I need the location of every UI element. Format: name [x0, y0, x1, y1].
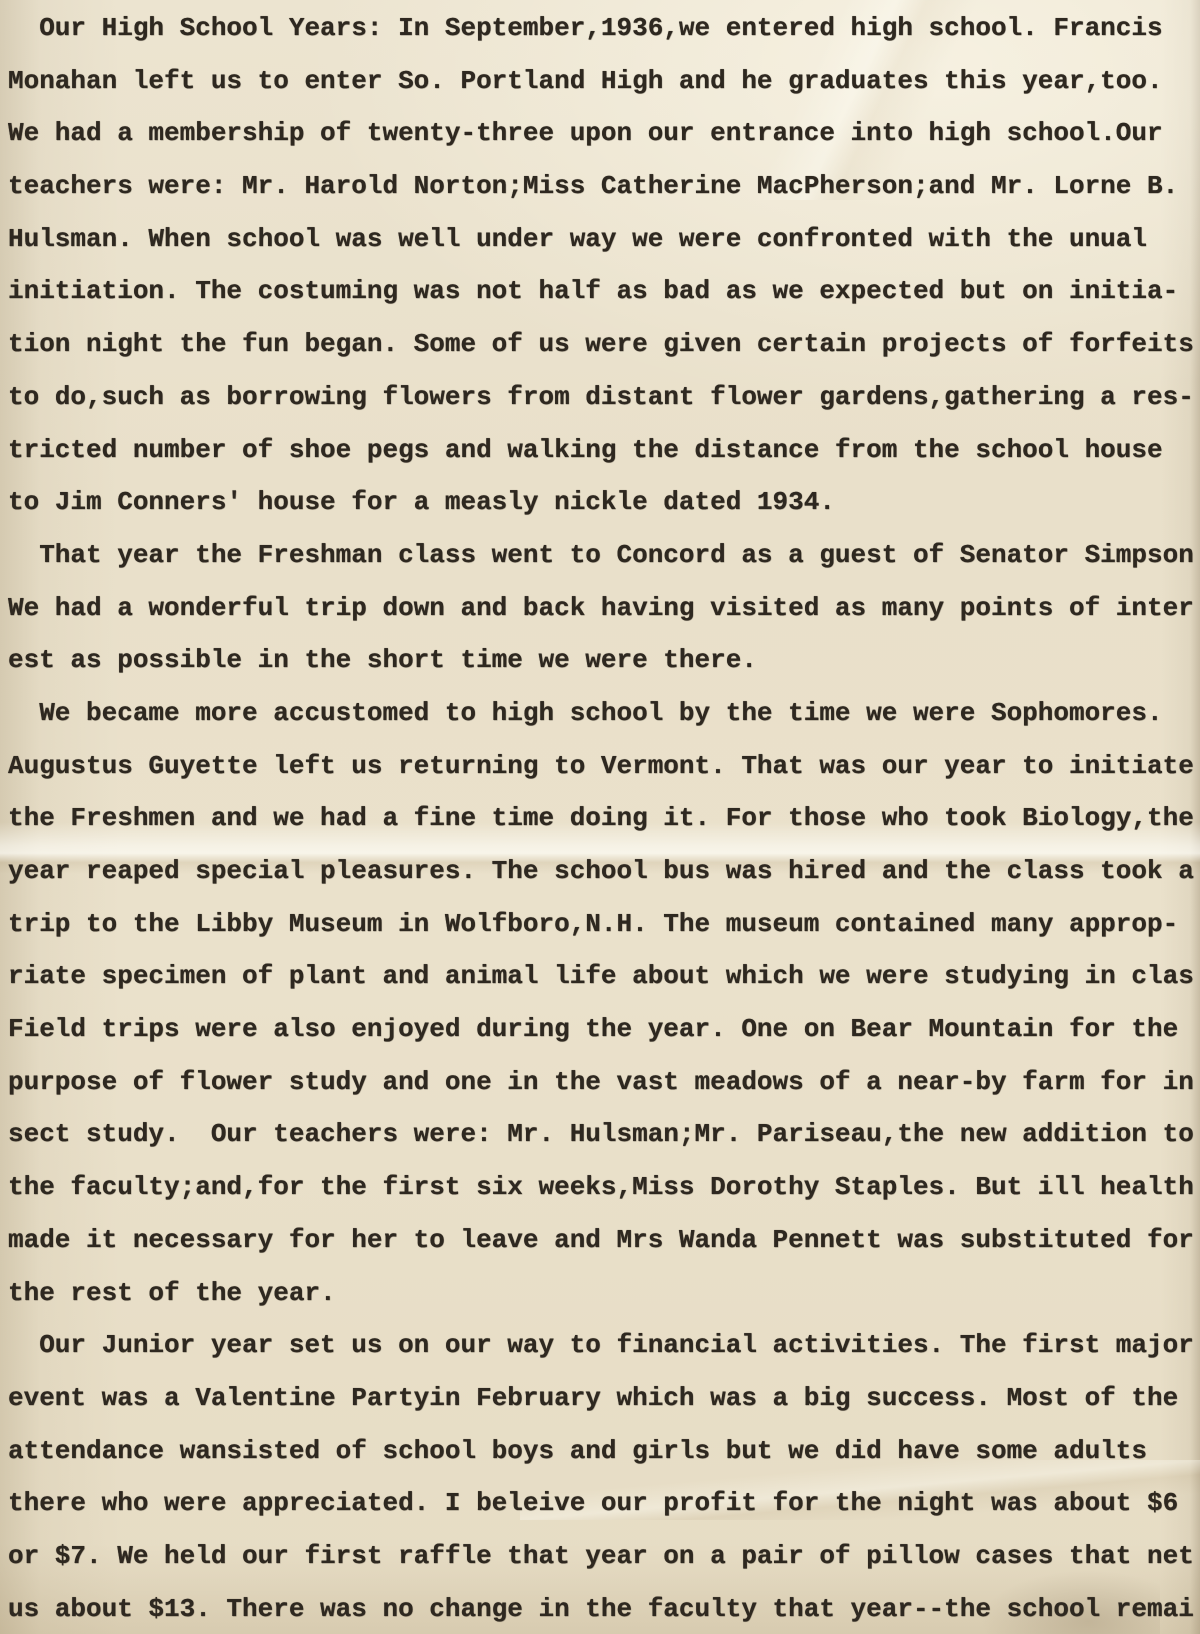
text-line: to do,such as borrowing flowers from dis…: [8, 371, 1200, 424]
text-line: there who were appreciated. I beleive ou…: [8, 1477, 1200, 1530]
text-line: Hulsman. When school was well under way …: [8, 213, 1200, 266]
text-line: sect study. Our teachers were: Mr. Hulsm…: [8, 1108, 1200, 1161]
text-line: tricted number of shoe pegs and walking …: [8, 424, 1200, 477]
text-line: year reaped special pleasures. The schoo…: [8, 845, 1200, 898]
text-line: initiation. The costuming was not half a…: [8, 265, 1200, 318]
text-line: trip to the Libby Museum in Wolfboro,N.H…: [8, 898, 1200, 951]
text-line: or $7. We held our first raffle that yea…: [8, 1530, 1200, 1583]
text-line: Field trips were also enjoyed during the…: [8, 1003, 1200, 1056]
text-line: That year the Freshman class went to Con…: [8, 529, 1200, 582]
text-line: riate specimen of plant and animal life …: [8, 950, 1200, 1003]
text-line: made it necessary for her to leave and M…: [8, 1214, 1200, 1267]
text-line: Augustus Guyette left us returning to Ve…: [8, 740, 1200, 793]
text-line: the rest of the year.: [8, 1267, 1200, 1320]
text-line: event was a Valentine Partyin February w…: [8, 1372, 1200, 1425]
text-line: We had a membership of twenty-three upon…: [8, 107, 1200, 160]
text-line: Monahan left us to enter So. Portland Hi…: [8, 55, 1200, 108]
text-line: Our Junior year set us on our way to fin…: [8, 1319, 1200, 1372]
typewritten-page: Our High School Years: In September,1936…: [0, 0, 1200, 1634]
text-line: We became more accustomed to high school…: [8, 687, 1200, 740]
text-line: teachers were: Mr. Harold Norton;Miss Ca…: [8, 160, 1200, 213]
text-line: attendance wansisted of school boys and …: [8, 1425, 1200, 1478]
text-line: to Jim Conners' house for a measly nickl…: [8, 476, 1200, 529]
text-line: est as possible in the short time we wer…: [8, 634, 1200, 687]
text-line: the faculty;and,for the first six weeks,…: [8, 1161, 1200, 1214]
text-line: Our High School Years: In September,1936…: [8, 2, 1200, 55]
text-line: us about $13. There was no change in the…: [8, 1583, 1200, 1634]
text-line: tion night the fun began. Some of us wer…: [8, 318, 1200, 371]
text-line: the Freshmen and we had a fine time doin…: [8, 792, 1200, 845]
document-text: Our High School Years: In September,1936…: [8, 2, 1200, 1634]
text-line: We had a wonderful trip down and back ha…: [8, 582, 1200, 635]
text-line: purpose of flower study and one in the v…: [8, 1056, 1200, 1109]
